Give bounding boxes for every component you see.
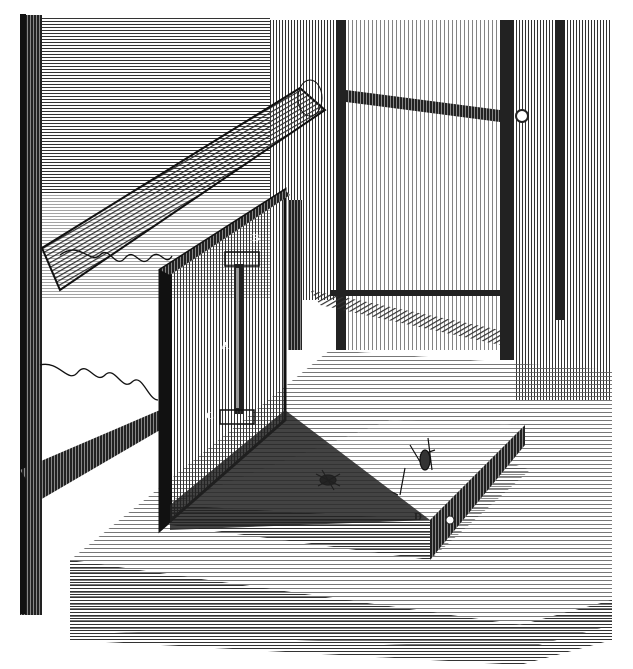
coiled-wire-lower <box>40 364 158 400</box>
window <box>310 20 516 360</box>
label-a: A <box>221 340 229 352</box>
label-c: C <box>206 410 214 422</box>
wall-fitting-icon <box>516 110 528 122</box>
right-wall <box>514 20 612 400</box>
label-b: B <box>252 232 259 244</box>
label-d: D <box>414 511 422 523</box>
engraving-illustration <box>0 0 633 669</box>
